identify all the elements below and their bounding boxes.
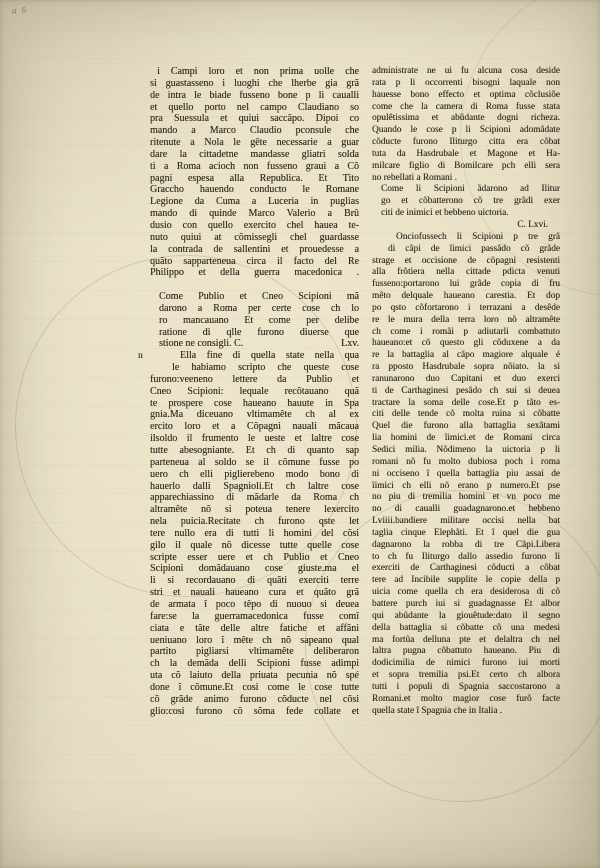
text-line: si guastasseno i luoghi che lherbe gia g… [150, 78, 359, 90]
text-line: done î cõmune.Et cosi come le cose tutte [150, 682, 359, 694]
text-line: no di caualli guadagnarono.et hebbeno [372, 504, 560, 516]
text-line: re le mura della terra loro nõ altramête [372, 315, 560, 327]
text-line: dusio con quello exercito chel hauea te- [150, 220, 359, 232]
text-line: battere purch iui si guadagnasse Et albo… [372, 599, 560, 611]
text-line: citi delle tende cõ molta ruina si cõbat… [372, 409, 560, 421]
text-line: et sopra tremilia psi.Et certo ch albora [372, 670, 560, 682]
text-line: ti a Roma acioch non fusseno graui a Cõ [150, 161, 359, 173]
text-line: rata p li occorrenti bisogni laquale non [372, 78, 560, 90]
text-line: qui abũdante la giouêtude:dato il segno [372, 611, 560, 623]
text-line: quella state î Spagnia che in Italia . [372, 706, 560, 718]
text-line: taglia cinque Elephãti. Et î quel die gu… [372, 528, 560, 540]
text-line: ritenute a Nola le gête necessarie a gua… [150, 137, 359, 149]
chapter-number: Lxv. [341, 338, 359, 350]
text-line: pagni espesa alla Republica. Et Tito [150, 173, 359, 185]
text-line: haueano:et cõ questo gli cõduxene a da [372, 338, 560, 350]
text-line: no rebellati a Romani . [372, 173, 560, 185]
text-line: re la battaglia al cãpo magiore alquale … [372, 350, 560, 362]
text-line: îimici ch elli nõ erano p numero.Et pse [372, 481, 560, 493]
handwritten-annotation: a 6 [12, 4, 28, 15]
text-line: hauesse bono effecto et optima cõclusiõe [372, 90, 560, 102]
text-line: Come Publio et Cneo Scipioni mã [150, 291, 359, 303]
text-line: di cãpi de îimici passãdo cõ grãde [372, 244, 560, 256]
text-line: Ella fine di quella state nella qua [150, 350, 359, 362]
text-line: cõducte furono Iliturgo citta era cõbat [372, 137, 560, 149]
text-line: come che la camera di Roma fusse stata [372, 102, 560, 114]
text-line: nela puicia.Recitate ch furono qste let [150, 516, 359, 528]
text-line: darono a Roma per certe cose ch lo [150, 303, 359, 315]
text-line: scripte esser uere et ch Publio et Cneo [150, 552, 359, 564]
text-line: parteneua al soldo se il cõmune fusse po [150, 457, 359, 469]
text-line: tutte abesogniante. Et ch di quanto sap [150, 445, 359, 457]
chapter-number-line: stione ne consigli. C. Lxv. [150, 338, 359, 350]
text-line: uero ch elli piglierebeno modo bono di [150, 469, 359, 481]
text-line: no piu di tremilia homini et vn poco me [372, 492, 560, 504]
text-line: Graccho hauendo conducto le Romane [150, 184, 359, 196]
text-line: Scipioni domãdauano cose giuste.ma el [150, 563, 359, 575]
text-line: dagnarono la robba di tre Cãpi.Libera [372, 540, 560, 552]
text-line: ueniuano loro î mête ch nõ sapeano qual [150, 635, 359, 647]
text-line: de armata î poco têpo di nuouo si deuea [150, 599, 359, 611]
text-line: gilo il quale nõ dicesse tutte quelle co… [150, 540, 359, 552]
text-line: furono:veeneno lettere da Publio et [150, 374, 359, 386]
text-line: ciata e tãte delle altre fatiche et affã… [150, 623, 359, 635]
text-line: lia homini de îimici.et de Romani circa [372, 433, 560, 445]
text-line: la contrada de sallentini et prouedesse … [150, 244, 359, 256]
text-line: laltra pugna cõbattuto haueano. Piu di [372, 646, 560, 658]
paragraph-1: administrate ne ui fu alcuna cosa deside… [372, 66, 560, 184]
text-line: go et cõbatterono cõ tre grãdi exer [372, 196, 560, 208]
text-line: quãto sapparteneua circa il facto del Re [150, 256, 359, 268]
text-line: de intra le biade fusseno bone p li caua… [150, 90, 359, 102]
text-line: po qsto cõfortarono i terrazani a desêde [372, 303, 560, 315]
text-line: ra pposto Hasdrubale sopra nõiato. la si [372, 362, 560, 374]
text-line: hauerlo dalli Spagnioli.Et ch laltre cos… [150, 481, 359, 493]
text-line: Sedici milia. Nõdimeno la uictoria p li [372, 445, 560, 457]
text-line: glio:cosi furono cõ sõma fede collate et [150, 706, 359, 718]
text-line: ranunarono duo Capitani et duo exerci [372, 374, 560, 386]
text-line: ni occiseno î quella battaglia piu assai… [372, 469, 560, 481]
text-line: Cneo Scipioni: lequale recõtauano quã [150, 386, 359, 398]
text-line: della battaglia si cõbatte cõ una medesi [372, 623, 560, 635]
text-line: Lviiii.bandiere militare occisi nella ba… [372, 516, 560, 528]
text-line: Quando le cose p li Scipioni adomãdate [372, 125, 560, 137]
text-line: exerciti de Carthaginesi cõducti a cõbat [372, 563, 560, 575]
text-line: apparechiassino di mãdarle da Roma ch [150, 492, 359, 504]
text-line: to ch fu Iliturgo dallo assedio furono l… [372, 552, 560, 564]
text-line: le habiamo scripto che queste cose [150, 362, 359, 374]
right-column: administrate ne ui fu alcuna cosa deside… [372, 66, 560, 717]
paragraph-2: n Ella fine di quella state nella qua le… [150, 350, 359, 717]
text-line: dodicimilia de nimici furono iui morti [372, 658, 560, 670]
text-line: citi de inimici et bebbeno uictoria. [372, 208, 560, 220]
text-line: ratione di qlle furono diuerse que [150, 327, 359, 339]
text-line: milcare figlio di Bomilcare pch elli ser… [372, 161, 560, 173]
text-line: fusseno:portarono lui grãde copia di fru [372, 279, 560, 291]
text-line: i Campi loro et non prima uolle che [150, 66, 359, 78]
text-line: uicia come quella ch era desiderosa di c… [372, 587, 560, 599]
paragraph-gap [150, 279, 359, 291]
text-line: Legione da Cuma a Luceria in puglias [150, 196, 359, 208]
text-line: Come li Scipioni ãdarono ad Ilitur [372, 184, 560, 196]
text-line: mando a Marco Claudio pconsule che [150, 125, 359, 137]
chapter-number: C. Lxvi. [517, 220, 548, 230]
text-line: ercito loro et a Cõpagni nauali mãcaua [150, 421, 359, 433]
text-line: strage et occisione de cõpagni resistent… [372, 256, 560, 268]
text-line: ti de Carthaginesi pesãdo ch sui si deue… [372, 386, 560, 398]
text-line: dare la cittadetne mandasse gliatri sold… [150, 149, 359, 161]
text-line: li si recordauano di quãti exerciti terr… [150, 575, 359, 587]
text-line: tuta da Hasdrubale et Magone et Ha- [372, 149, 560, 161]
text-line: Onciofussech li Scipioni p tre grã [372, 232, 560, 244]
paragraph-2: Onciofussech li Scipioni p tre grã di cã… [372, 232, 560, 718]
text-line: te prospere cose haueano hauute in Spa [150, 398, 359, 410]
text-line: gnia.Ma diceuano vltimamête ch al ex [150, 409, 359, 421]
text-line: administrate ne ui fu alcuna cosa deside [372, 66, 560, 78]
text-line: ilsoldo il frumento le ueste et laltre c… [150, 433, 359, 445]
text-line: Philippo et della guerra macedonica . [150, 267, 359, 279]
text-line: ch la demãda delli Scipioni fusse adimpi [150, 658, 359, 670]
text-line: ma fortũa delluna pte et delaltra ch nel [372, 635, 560, 647]
text-line: uta cõ laiuto della priuata pecunia nõ s… [150, 670, 359, 682]
text-line: fare:se la guerramacedonica fusse comî [150, 611, 359, 623]
text-line: Romani.et molto magior cose furõ facte [372, 694, 560, 706]
text-line: altramête nõ si poteua tenere lexercito [150, 504, 359, 516]
text-line: romani nõ fu molto dubiosa poch i roma [372, 457, 560, 469]
text-line: pra Suessula et quiui saccãpo. Dipoi co [150, 113, 359, 125]
text-line: alla frõtiera nella cittade pdicta venut… [372, 267, 560, 279]
text-line: et quello porto nel campo Claudiano so [150, 102, 359, 114]
text-line: ro mancauano Et come per delibe [150, 315, 359, 327]
text-line: partito pigliarsi vltimamête deliberaron [150, 646, 359, 658]
text-line: tutti i populi di Spagnia saccostarono a [372, 682, 560, 694]
left-column: i Campi loro et non prima uolle chesi gu… [150, 66, 359, 717]
chapter-heading: Come li Scipioni ãdarono ad Iliturgo et … [372, 184, 560, 220]
paragraph-1: i Campi loro et non prima uolle chesi gu… [150, 66, 359, 279]
chapter-number-line: C. Lxvi. [372, 220, 560, 232]
heading-last-words: stione ne consigli. C. [159, 338, 243, 350]
text-line: tere nullo era di tutti li homini del cõ… [150, 528, 359, 540]
text-line: cõ grãde animo furono cõducte nel cõsi [150, 694, 359, 706]
text-line: ch come i romãi p adiutarli combattuto [372, 327, 560, 339]
page-scan: a 6 i Campi loro et non prima uolle ches… [0, 0, 600, 868]
text-line: tractare la soma delle cose.Et p tãto es… [372, 398, 560, 410]
paragraph-2-body: furono:veeneno lettere da Publio etCneo … [150, 374, 359, 717]
text-line: mando di quinde Marco Valerio a Brû [150, 208, 359, 220]
text-line: Quel die furono alla battaglia sexãtami [372, 421, 560, 433]
guide-letter: n [138, 351, 143, 363]
text-line: stri et nauali haueano cura et quãto grã [150, 587, 359, 599]
text-line: nuto quiui at cõmissegli chel guardasse [150, 232, 359, 244]
paragraph-2-body: strage et occisione de cõpagni resistent… [372, 256, 560, 718]
text-line: opulêtissima et abũdante dogni richeza. [372, 113, 560, 125]
text-line: tere ad Incibile supplite le copie della… [372, 575, 560, 587]
text-line: mêto delquale haueano carestia. Et dop [372, 291, 560, 303]
chapter-heading: Come Publio et Cneo Scipioni mãdarono a … [150, 291, 359, 338]
